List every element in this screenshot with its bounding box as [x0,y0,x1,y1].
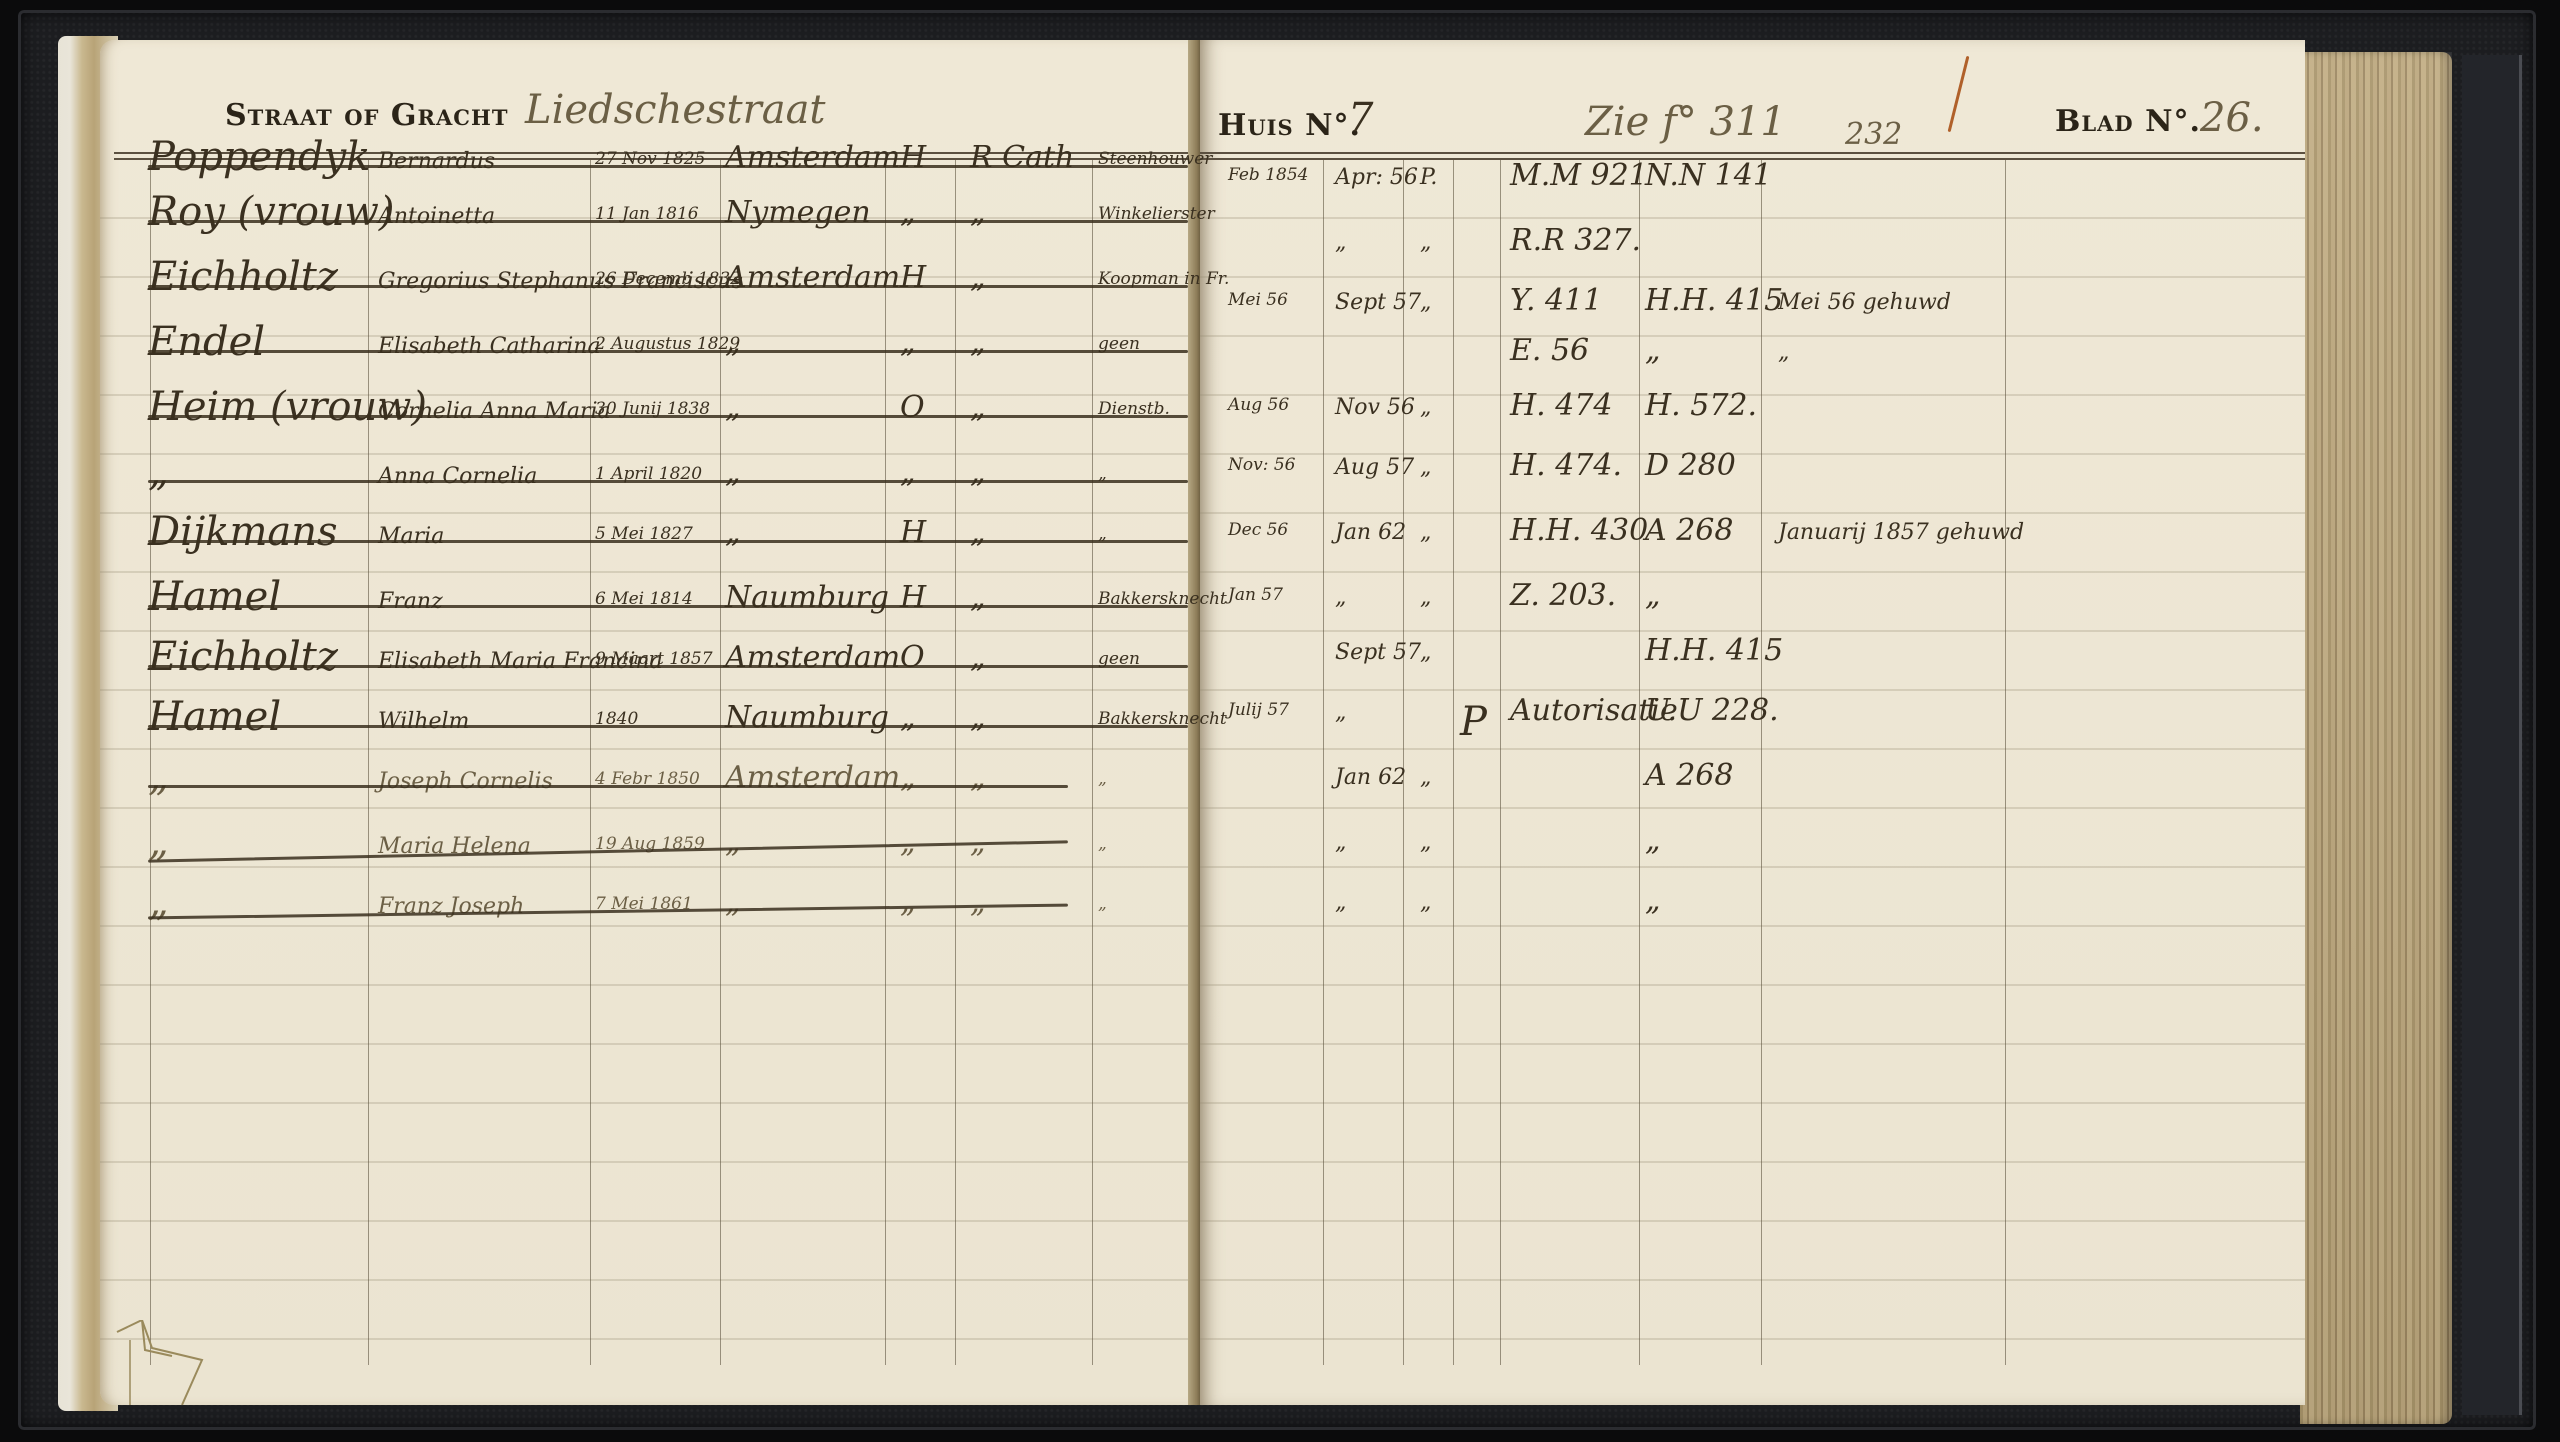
sex-cell: „ [900,198,916,228]
column-line [1323,160,1324,1365]
birthplace-cell: „ [725,328,741,358]
strikethrough-line [148,480,1188,483]
page-stack-shading [2300,52,2452,1424]
strikethrough-line [148,285,1188,288]
register-ref-b-cell: A 268 [1645,761,1733,791]
departure-date-cell: „ [1335,232,1346,254]
arrival-date-cell: Julij 57 [1228,702,1289,719]
extra-mark-cell: P [1460,702,1487,742]
sex-cell: „ [900,763,916,793]
mark-cell: P. [1420,167,1437,189]
remark-cell: Mei 56 gehuwd [1778,292,1951,314]
birthplace-cell: Amsterdam [725,643,900,673]
religion-cell: „ [970,393,986,423]
house-label: Huis N°. [1218,108,1361,143]
departure-date-cell: „ [1335,832,1346,854]
column-line [1500,160,1501,1365]
religion-cell: „ [970,703,986,733]
birthplace-cell: „ [725,393,741,423]
departure-date-cell: Apr: 56 [1335,167,1418,189]
register-ref-a-cell: H.H. 430 [1510,516,1648,546]
religion-cell: „ [970,263,986,293]
departure-date-cell: „ [1335,892,1346,914]
sex-cell: „ [900,888,916,918]
given-name-cell: Joseph Cornelis [378,771,553,793]
strikethrough-line [148,220,1188,223]
birthplace-cell: „ [725,888,741,918]
register-ref-a-cell: E. 56 [1510,336,1589,366]
birthplace-cell: „ [725,458,741,488]
register-ref-b-cell: A 268 [1645,516,1733,546]
surname-cell: „ [148,452,169,492]
column-line [1403,160,1404,1365]
register-ref-b-cell: N.N 141 [1645,161,1772,191]
strikethrough-line [148,725,1188,728]
surname-cell: Eichholtz [148,257,338,297]
remark-cell: „ [1778,342,1789,364]
given-name-cell: Elisabeth Maria Francina [378,651,588,673]
arrival-date-cell: Aug 56 [1228,397,1289,414]
column-line [1092,160,1093,1365]
sex-cell: H [900,143,926,173]
given-name-cell: Anna Cornelia [378,466,537,488]
register-ref-a-cell: Y. 411 [1510,286,1602,316]
departure-date-cell: Jan 62 [1335,522,1406,544]
strikethrough-line [148,540,1188,543]
occupation-cell: „ [1098,896,1107,913]
mark-cell: „ [1420,232,1431,254]
sex-cell: H [900,263,926,293]
occupation-cell: „ [1098,836,1107,853]
strikethrough-line [148,350,1188,353]
register-ref-a-cell: H. 474 [1510,391,1613,421]
departure-date-cell: Sept 57 [1335,292,1421,314]
mark-cell: „ [1420,642,1431,664]
register-ref-b-cell: H.H. 415 [1645,636,1783,666]
column-line [1453,160,1454,1365]
folded-corner-icon [112,1320,207,1405]
sex-cell: „ [900,703,916,733]
birthplace-cell: Naumburg [725,583,889,613]
mark-cell: „ [1420,767,1431,789]
given-name-cell: Maria [378,526,444,548]
arrival-date-cell: Nov: 56 [1228,457,1295,474]
departure-date-cell: „ [1335,702,1346,724]
given-name-cell: Wilhelm [378,711,469,733]
street-label: Straat of Gracht [225,98,508,133]
register-ref-b-cell: H. 572. [1645,391,1757,421]
departure-date-cell: Nov 56 [1335,397,1415,419]
mark-cell: „ [1420,457,1431,479]
occupation-cell: „ [1098,771,1107,788]
sex-cell: „ [900,328,916,358]
religion-cell: „ [970,643,986,673]
mark-cell: „ [1420,397,1431,419]
strikethrough-line [148,415,1188,418]
departure-date-cell: Aug 57 [1335,457,1414,479]
birthplace-cell: „ [725,828,741,858]
strikethrough-line [148,605,1188,608]
arrival-date-cell: Feb 1854 [1228,167,1308,184]
sex-cell: O [900,643,925,673]
birthplace-cell: Nymegen [725,198,871,228]
birthplace-cell: „ [725,518,741,548]
book-cover-edge [2462,55,2522,1415]
surname-cell: Hamel [148,577,281,617]
register-ref-b-cell: U.U 228. [1645,696,1779,726]
sex-cell: H [900,583,926,613]
column-line [955,160,956,1365]
mark-cell: „ [1420,892,1431,914]
surname-cell: „ [148,757,169,797]
arrival-date-cell: Dec 56 [1228,522,1288,539]
ruled-lines [1200,160,2305,1345]
column-line [2005,160,2006,1365]
departure-date-cell: Jan 62 [1335,767,1406,789]
surname-cell: Dijkmans [148,512,338,552]
mark-cell: „ [1420,832,1431,854]
sex-cell: H [900,518,926,548]
given-name-cell: Antoinetta [378,206,495,228]
surname-cell: Endel [148,322,265,362]
given-name-cell: Elisabeth Catharina [378,336,588,358]
remark-cell: Januarij 1857 gehuwd [1778,522,2024,544]
religion-cell: „ [970,458,986,488]
surname-cell: Poppendyk [148,137,370,177]
sex-cell: O [900,393,925,423]
religion-cell: „ [970,888,986,918]
see-folio-note: Zie f° 311 [1585,102,1786,142]
strikethrough-line [148,665,1188,668]
house-number: 7 [1348,98,1373,138]
register-ref-b-cell: „ [1645,336,1661,366]
register-ref-a-cell: Z. 203. [1510,581,1616,611]
pencil-number: 232 [1845,120,1902,150]
birthplace-cell: Amsterdam [725,143,900,173]
register-ref-b-cell: „ [1645,826,1661,856]
register-ref-b-cell: „ [1645,886,1661,916]
religion-cell: „ [970,328,986,358]
departure-date-cell: Sept 57 [1335,642,1421,664]
register-ref-a-cell: R.R 327. [1510,226,1641,256]
religion-cell: „ [970,198,986,228]
religion-cell: „ [970,518,986,548]
arrival-date-cell: Mei 56 [1228,292,1288,309]
register-ref-b-cell: H.H. 415 [1645,286,1783,316]
register-ref-b-cell: D 280 [1645,451,1736,481]
strikethrough-line [148,785,1068,788]
register-ref-a-cell: M.M 921 [1510,161,1648,191]
column-line [1761,160,1762,1365]
register-ref-b-cell: „ [1645,581,1661,611]
birthplace-cell: Amsterdam [725,263,900,293]
sheet-label: Blad N°. [2055,104,2201,139]
sex-cell: „ [900,458,916,488]
given-name-cell: Franz [378,591,443,613]
given-name-cell: Gregorius Stephanus Franciscus [378,271,588,293]
religion-cell: „ [970,583,986,613]
strikethrough-line [148,165,1188,168]
given-name-cell: Cornelia Anna Maria [378,401,588,423]
mark-cell: „ [1420,292,1431,314]
birthplace-cell: Amsterdam [725,763,900,793]
religion-cell: „ [970,763,986,793]
birthplace-cell: Naumburg [725,703,889,733]
mark-cell: „ [1420,522,1431,544]
arrival-date-cell: Jan 57 [1228,587,1283,604]
surname-cell: „ [148,822,169,862]
religion-cell: R Cath [970,143,1074,173]
surname-cell: Hamel [148,697,281,737]
register-ref-a-cell: H. 474. [1510,451,1622,481]
surname-cell: Roy (vrouw) [148,192,395,232]
sheet-number: 26. [2200,98,2264,138]
given-name-cell: Bernardus [378,151,495,173]
surname-cell: Eichholtz [148,637,338,677]
departure-date-cell: „ [1335,587,1346,609]
street-name: Liedschestraat [525,90,826,130]
column-line [368,160,369,1365]
column-line [1639,160,1640,1365]
mark-cell: „ [1420,587,1431,609]
